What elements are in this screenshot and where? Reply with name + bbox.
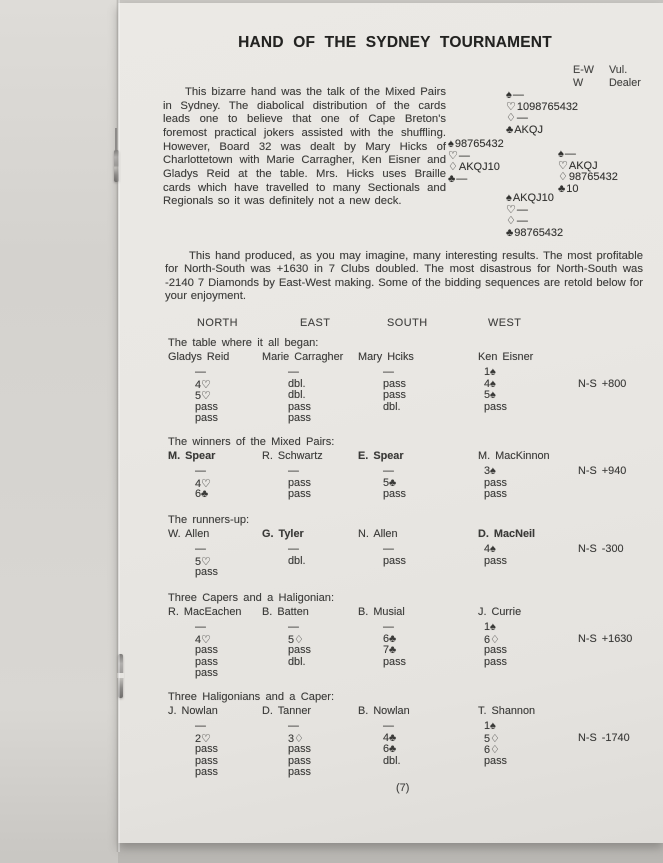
hand-line: ♠AKQJ10 <box>506 193 563 205</box>
hand-west: ♠98765432 ♡— ♢AKQJ10 ♣— <box>448 139 504 185</box>
player-name: Marie Carragher <box>262 351 343 363</box>
diamond-holding: — <box>517 215 528 227</box>
auction-header-south: SOUTH <box>387 317 428 329</box>
club-icon: ♣ <box>506 124 513 136</box>
vulnerable-side: E-W <box>573 64 609 77</box>
auction-header-north: NORTH <box>197 317 238 329</box>
hand-north: ♠— ♡1098765432 ♢— ♣AKQJ <box>506 90 578 136</box>
heart-holding: AKQJ <box>569 160 598 172</box>
heart-icon: ♡ <box>506 101 516 113</box>
bid-call: pass <box>484 401 507 413</box>
spade-holding: 98765432 <box>455 138 504 150</box>
heart-holding: — <box>459 150 470 162</box>
result-label: N-S -1740 <box>578 732 630 744</box>
bid-call: pass <box>288 743 311 755</box>
result-label: N-S +940 <box>578 465 626 477</box>
section-caption: The runners-up: <box>168 514 648 526</box>
bid-call: pass <box>288 412 311 424</box>
bid-call: pass <box>288 477 311 489</box>
bid-call: pass <box>288 488 311 500</box>
bid-call: pass <box>383 488 406 500</box>
section-caption: The table where it all began: <box>168 337 648 349</box>
bid-call: — <box>288 465 299 477</box>
player-name: E. Spear <box>358 450 404 462</box>
bid-call: pass <box>195 566 218 578</box>
bid-call: 1♠ <box>484 366 496 378</box>
club-holding: 10 <box>566 183 578 195</box>
bid-call: pass <box>383 656 406 668</box>
hand-south: ♠AKQJ10 ♡— ♢— ♣98765432 <box>506 193 563 239</box>
heart-icon: ♡ <box>506 204 516 216</box>
cover-page-edge <box>0 0 118 863</box>
bid-call: pass <box>195 401 218 413</box>
spade-holding: — <box>565 148 576 160</box>
spade-icon: ♠ <box>448 138 454 150</box>
dealer-label: Dealer <box>609 77 641 90</box>
heart-holding: 1098765432 <box>517 101 578 113</box>
vulnerable-label: Vul. <box>609 64 641 77</box>
bid-call: pass <box>288 766 311 778</box>
player-name: M. Spear <box>168 450 215 462</box>
bid-call: 1♠ <box>484 621 496 633</box>
bid-call: pass <box>288 755 311 767</box>
hand-line: ♠98765432 <box>448 139 504 151</box>
player-name: M. MacKinnon <box>478 450 550 462</box>
spade-icon: ♠ <box>558 148 564 160</box>
auction-section: The runners-up:W. AllenG. TylerN. AllenD… <box>168 514 648 526</box>
bid-call: dbl. <box>288 656 306 668</box>
dealer-side: W <box>573 77 609 90</box>
diamond-icon: ♢ <box>506 215 516 227</box>
diamond-icon: ♢ <box>558 171 568 183</box>
section-caption: The winners of the Mixed Pairs: <box>168 436 648 448</box>
club-holding: — <box>456 173 467 185</box>
auction-section: Three Capers and a Haligonian:R. MacEach… <box>168 592 648 604</box>
player-name: T. Shannon <box>478 705 535 717</box>
result-label: N-S +800 <box>578 378 626 390</box>
player-name: Mary Hciks <box>358 351 414 363</box>
player-name: N. Allen <box>358 528 398 540</box>
bid-call: — <box>195 366 206 378</box>
auction-header-east: EAST <box>300 317 330 329</box>
document-page: HAND OF THE SYDNEY TOURNAMENT E-W Vul. W… <box>118 3 663 843</box>
player-name: R. MacEachen <box>168 606 241 618</box>
bid-call: pass <box>383 389 406 401</box>
bid-call: — <box>383 465 394 477</box>
player-name: B. Batten <box>262 606 309 618</box>
bid-call: 1♠ <box>484 720 496 732</box>
player-name: Gladys Reid <box>168 351 229 363</box>
bid-call: pass <box>484 644 507 656</box>
bid-call: — <box>288 621 299 633</box>
page-title: HAND OF THE SYDNEY TOURNAMENT <box>130 34 660 52</box>
bid-call: — <box>288 720 299 732</box>
bid-call: pass <box>383 378 406 390</box>
intro-paragraph: This bizarre hand was the talk of the Mi… <box>163 86 446 209</box>
hand-line: ♣98765432 <box>506 228 563 240</box>
player-name: D. MacNeil <box>478 528 535 540</box>
bid-call: — <box>288 543 299 555</box>
hand-east: ♠— ♡AKQJ ♢98765432 ♣10 <box>558 149 618 195</box>
bid-call: pass <box>195 656 218 668</box>
section-caption: Three Capers and a Haligonian: <box>168 592 648 604</box>
bid-call: 4♠ <box>484 378 496 390</box>
vulnerability-dealer-block: E-W Vul. W Dealer <box>573 64 641 89</box>
bid-call: — <box>383 621 394 633</box>
bid-call: 4♠ <box>484 543 496 555</box>
diamond-icon: ♢ <box>448 161 458 173</box>
page-number: (7) <box>396 782 409 794</box>
hand-line: ♣AKQJ <box>506 125 578 137</box>
club-holding: AKQJ <box>514 124 543 136</box>
bid-call: 6♣ <box>195 488 208 500</box>
bid-call: 7♣ <box>383 644 396 656</box>
bid-call: — <box>195 543 206 555</box>
diamond-holding: AKQJ10 <box>459 161 500 173</box>
bid-call: pass <box>484 477 507 489</box>
player-name: Ken Eisner <box>478 351 533 363</box>
bid-call: — <box>383 366 394 378</box>
bid-call: pass <box>195 644 218 656</box>
club-holding: 98765432 <box>514 227 563 239</box>
bid-call: dbl. <box>288 555 306 567</box>
result-label: N-S +1630 <box>578 633 632 645</box>
bid-call: 5♣ <box>383 477 396 489</box>
hand-line: ♣— <box>448 174 504 186</box>
bid-call: — <box>383 720 394 732</box>
bid-call: — <box>383 543 394 555</box>
player-name: W. Allen <box>168 528 209 540</box>
bid-call: 3♠ <box>484 465 496 477</box>
bid-call: pass <box>484 656 507 668</box>
bid-call: dbl. <box>288 389 306 401</box>
diamond-holding: 98765432 <box>569 171 618 183</box>
spade-holding: AKQJ10 <box>513 192 554 204</box>
bid-call: pass <box>383 555 406 567</box>
result-label: N-S -300 <box>578 543 624 555</box>
bid-call: 5♠ <box>484 389 496 401</box>
player-name: G. Tyler <box>262 528 304 540</box>
auction-section: The winners of the Mixed Pairs:M. SpearR… <box>168 436 648 448</box>
auction-header-west: WEST <box>488 317 521 329</box>
bid-call: pass <box>484 755 507 767</box>
spine-fold <box>116 0 120 852</box>
bid-call: — <box>195 621 206 633</box>
heart-holding: — <box>517 204 528 216</box>
bid-call: dbl. <box>288 378 306 390</box>
bid-call: — <box>195 465 206 477</box>
bid-call: pass <box>195 412 218 424</box>
bid-call: pass <box>195 766 218 778</box>
player-name: B. Musial <box>358 606 405 618</box>
bid-call: pass <box>288 644 311 656</box>
player-name: J. Currie <box>478 606 521 618</box>
bid-call: 6♣ <box>383 633 396 645</box>
player-name: R. Schwartz <box>262 450 323 462</box>
section-caption: Three Haligonians and a Caper: <box>168 691 648 703</box>
diamond-holding: — <box>517 112 528 124</box>
bid-call: — <box>195 720 206 732</box>
club-icon: ♣ <box>448 173 455 185</box>
scanned-booklet-photo: HAND OF THE SYDNEY TOURNAMENT E-W Vul. W… <box>0 0 663 863</box>
spade-holding: — <box>513 89 524 101</box>
auction-section: The table where it all began:Gladys Reid… <box>168 337 648 349</box>
spade-icon: ♠ <box>506 89 512 101</box>
heart-icon: ♡ <box>558 160 568 172</box>
club-icon: ♣ <box>506 227 513 239</box>
spade-icon: ♠ <box>506 192 512 204</box>
bid-call: dbl. <box>383 755 401 767</box>
hand-line: ♣10 <box>558 184 618 196</box>
player-name: D. Tanner <box>262 705 311 717</box>
bid-call: 4♣ <box>383 732 396 744</box>
player-name: J. Nowlan <box>168 705 218 717</box>
player-name: B. Nowlan <box>358 705 410 717</box>
bid-call: pass <box>195 743 218 755</box>
heart-icon: ♡ <box>448 150 458 162</box>
bid-call: pass <box>484 488 507 500</box>
auction-section: Three Haligonians and a Caper:J. NowlanD… <box>168 691 648 703</box>
bid-call: pass <box>195 667 218 679</box>
bid-call: pass <box>195 755 218 767</box>
bid-call: — <box>288 366 299 378</box>
bid-call: dbl. <box>383 401 401 413</box>
diamond-icon: ♢ <box>506 112 516 124</box>
results-paragraph: This hand produced, as you may imagine, … <box>165 250 643 304</box>
bid-call: pass <box>288 401 311 413</box>
bid-call: 6♣ <box>383 743 396 755</box>
bid-call: pass <box>484 555 507 567</box>
